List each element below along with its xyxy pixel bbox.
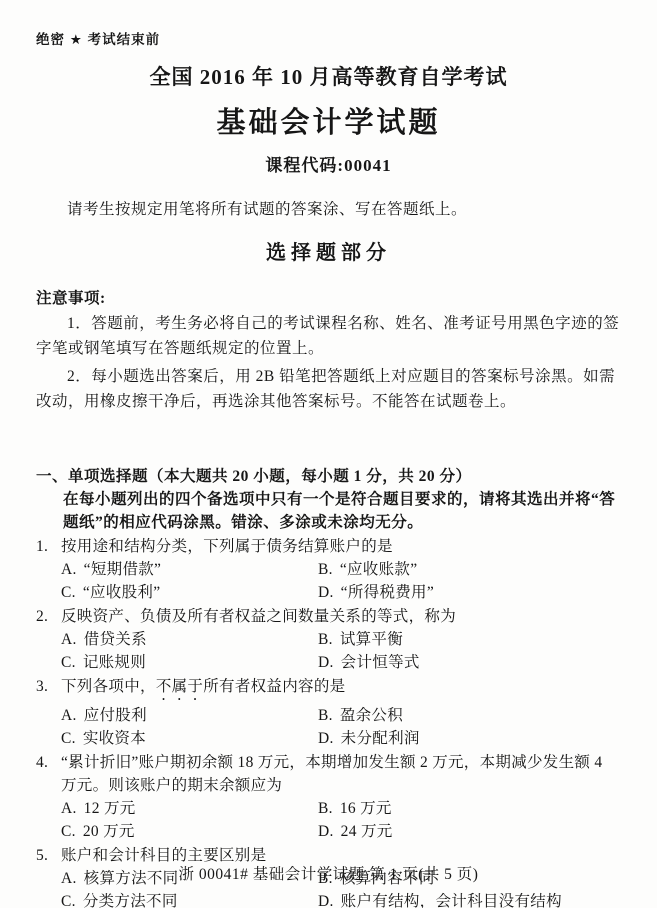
option-label: A. — [61, 558, 77, 581]
section-title: 选择题部分 — [36, 236, 621, 265]
option-a: A.12 万元 — [61, 797, 318, 820]
option-text: 未分配利润 — [341, 727, 420, 750]
notes-title: 注意事项: — [36, 286, 621, 308]
option-text: 试算平衡 — [340, 628, 403, 651]
option-text: 16 万元 — [340, 797, 392, 820]
note-item-2: 2．每小题选出答案后，用 2B 铅笔把答题纸上对应题目的答案标号涂黑。如需改动，… — [36, 364, 621, 414]
course-code: 课程代码:00041 — [36, 151, 621, 176]
option-label: B. — [318, 628, 333, 651]
option-label: C. — [61, 820, 76, 843]
option-text: 会计恒等式 — [341, 651, 420, 674]
question-stem: “累计折旧”账户期初余额 18 万元，本期增加发生额 2 万元，本期减少发生额 … — [61, 751, 621, 797]
option-text: “所得税费用” — [341, 581, 434, 604]
option-text: 分类方法不同 — [83, 890, 178, 908]
option-label: C. — [61, 581, 76, 604]
option-text: “应收股利” — [83, 581, 161, 604]
option-d: D.未分配利润 — [318, 727, 621, 750]
notes-block: 注意事项: 1．答题前，考生务必将自己的考试课程名称、姓名、准考证号用黑色字迹的… — [36, 286, 621, 414]
option-b: B.16 万元 — [318, 797, 621, 820]
option-a: A.应付股利 — [61, 704, 318, 727]
option-c: C.20 万元 — [61, 820, 318, 843]
answer-sheet-instruction: 请考生按规定用笔将所有试题的答案涂、写在答题纸上。 — [36, 197, 621, 219]
question-1: 1. 按用途和结构分类，下列属于债务结算账户的是 A.“短期借款” B.“应收账… — [36, 535, 621, 604]
option-label: A. — [61, 797, 77, 820]
option-label: B. — [318, 797, 333, 820]
options-grid: A.“短期借款” B.“应收账款” C.“应收股利” D.“所得税费用” — [61, 558, 621, 604]
option-label: D. — [318, 820, 334, 843]
question-stem: 按用途和结构分类，下列属于债务结算账户的是 — [61, 535, 621, 558]
question-stem: 反映资产、负债及所有者权益之间数量关系的等式，称为 — [61, 605, 621, 628]
option-label: D. — [318, 727, 334, 750]
paper-title: 基础会计学试题 — [36, 100, 621, 141]
stem-post: 所有者权益内容的是 — [203, 678, 345, 695]
options-grid: A.应付股利 B.盈余公积 C.实收资本 D.未分配利润 — [61, 704, 621, 750]
option-a: A.“短期借款” — [61, 558, 318, 581]
options-grid: A.借贷关系 B.试算平衡 C.记账规则 D.会计恒等式 — [61, 628, 621, 674]
part1-heading: 一、单项选择题（本大题共 20 小题，每小题 1 分，共 20 分） — [36, 464, 621, 486]
option-text: 盈余公积 — [340, 704, 403, 727]
question-number: 4. — [36, 751, 61, 797]
note-item-1: 1．答题前，考生务必将自己的考试课程名称、姓名、准考证号用黑色字迹的签字笔或钢笔… — [36, 311, 621, 361]
option-label: D. — [318, 890, 334, 908]
option-b: B.盈余公积 — [318, 704, 621, 727]
option-text: 账户有结构，会计科目没有结构 — [341, 890, 562, 908]
exam-title: 全国 2016 年 10 月高等教育自学考试 — [36, 61, 621, 91]
option-text: 借贷关系 — [84, 628, 147, 651]
option-label: C. — [61, 890, 76, 908]
option-d: D.账户有结构，会计科目没有结构 — [318, 890, 621, 908]
confidential-label: 绝密 ★ 考试结束前 — [36, 28, 621, 48]
option-text: 实收资本 — [83, 727, 146, 750]
option-text: 记账规则 — [83, 651, 146, 674]
question-number: 2. — [36, 605, 61, 628]
option-text: 20 万元 — [83, 820, 135, 843]
option-d: D.24 万元 — [318, 820, 621, 843]
option-text: “短期借款” — [84, 558, 162, 581]
option-text: 24 万元 — [341, 820, 393, 843]
option-b: B.试算平衡 — [318, 628, 621, 651]
question-2: 2. 反映资产、负债及所有者权益之间数量关系的等式，称为 A.借贷关系 B.试算… — [36, 605, 621, 674]
option-text: 12 万元 — [84, 797, 136, 820]
option-c: C.记账规则 — [61, 651, 318, 674]
option-c: C.分类方法不同 — [61, 890, 318, 908]
options-grid: A.12 万元 B.16 万元 C.20 万元 D.24 万元 — [61, 797, 621, 843]
stem-emphasis: 不属于 — [156, 678, 203, 695]
option-label: B. — [318, 704, 333, 727]
question-number: 3. — [36, 675, 61, 704]
exam-paper-page: 绝密 ★ 考试结束前 全国 2016 年 10 月高等教育自学考试 基础会计学试… — [0, 0, 657, 908]
option-a: A.借贷关系 — [61, 628, 318, 651]
question-number: 1. — [36, 535, 61, 558]
option-text: 应付股利 — [84, 704, 147, 727]
option-label: A. — [61, 628, 77, 651]
option-c: C.“应收股利” — [61, 581, 318, 604]
option-b: B.“应收账款” — [318, 558, 621, 581]
page-footer: 浙 00041# 基础会计学试题 第 1 页(共 5 页) — [0, 862, 657, 884]
option-label: C. — [61, 651, 76, 674]
option-label: C. — [61, 727, 76, 750]
option-text: “应收账款” — [340, 558, 418, 581]
question-3: 3. 下列各项中，不属于所有者权益内容的是 A.应付股利 B.盈余公积 C.实收… — [36, 675, 621, 750]
option-label: D. — [318, 581, 334, 604]
question-4: 4. “累计折旧”账户期初余额 18 万元，本期增加发生额 2 万元，本期减少发… — [36, 751, 621, 843]
option-c: C.实收资本 — [61, 727, 318, 750]
option-label: D. — [318, 651, 334, 674]
question-stem: 下列各项中，不属于所有者权益内容的是 — [61, 675, 621, 704]
option-d: D.会计恒等式 — [318, 651, 621, 674]
option-label: A. — [61, 704, 77, 727]
option-label: B. — [318, 558, 333, 581]
stem-pre: 下列各项中， — [61, 678, 156, 695]
part1-note: 在每小题列出的四个备选项中只有一个是符合题目要求的，请将其选出并将“答题纸”的相… — [63, 488, 621, 534]
option-d: D.“所得税费用” — [318, 581, 621, 604]
